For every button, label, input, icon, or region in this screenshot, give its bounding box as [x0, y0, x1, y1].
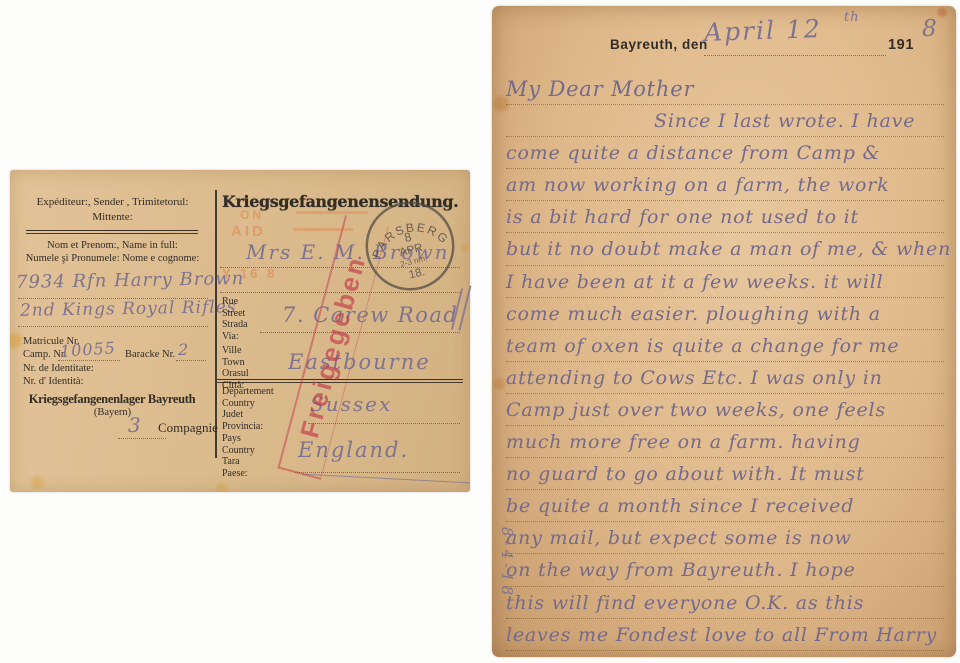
name-label-line2: Numele şi Pronumele: Nome e cognome:: [10, 253, 215, 264]
street-label-fr: Rue: [222, 296, 248, 308]
letter-line: Since I last wrote. I have: [506, 105, 944, 137]
sender-header-line1: Expéditeur:, Sender , Trimitetorul:: [10, 196, 215, 208]
company-label: Compagnie: [158, 420, 218, 436]
pow-postcard: Expéditeur:, Sender , Trimitetorul: Mitt…: [10, 170, 470, 492]
handwritten-camp-number: 10055: [59, 338, 116, 361]
handwritten-street: 7. Carew Road: [282, 303, 458, 327]
street-label-en: Street: [222, 308, 248, 320]
unit-dotted-line: [18, 326, 208, 327]
pencil-underline: [302, 474, 470, 484]
town-label-fr: Ville: [222, 345, 249, 357]
letter-line: no guard to go about with. It must: [506, 458, 944, 490]
letter-line: on the way from Bayreuth. I hope: [506, 554, 944, 586]
letter-line: leaves me Fondest love to all From Harry: [506, 619, 944, 651]
camp-region: (Bayern): [10, 407, 215, 418]
letter-line: be quite a month since I received: [506, 490, 944, 522]
identity-label-line2: Nr. d' Identità:: [23, 376, 84, 387]
handwritten-date: April 12: [704, 14, 823, 47]
letter-line: this will find everyone O.K. as this: [506, 587, 944, 619]
country-label-en: Country: [222, 445, 255, 457]
letter-line: much more free on a farm. having: [506, 426, 944, 458]
county-label-en: Country: [222, 398, 274, 410]
baracke-label: Baracke Nr.: [125, 349, 175, 360]
camp-name: Kriegsgefangenenlager Bayreuth: [12, 392, 212, 407]
paid-mark-fragment-date: Y 16 8: [222, 266, 277, 281]
letter-body: My Dear Mother Since I last wrote. I hav…: [506, 73, 944, 651]
paid-mark-fragment-aid: AID: [231, 223, 266, 240]
county-label-fr: Département: [222, 386, 274, 398]
name-label-line1: Nom et Prenom:, Name in full:: [10, 240, 215, 251]
country-label-it: Paese:: [222, 468, 255, 480]
letter-year-printed: 191: [888, 37, 914, 53]
date-dotted-line: [704, 55, 886, 56]
county-label-ro: Judet: [222, 409, 274, 421]
county-label-stack: Département Country Judet Provincia:: [222, 386, 274, 432]
letter-line: is a bit hard for one not used to it: [506, 201, 944, 233]
letter-line: team of oxen is quite a change for me: [506, 330, 944, 362]
identity-label-line1: Nr. de Identitate:: [23, 363, 94, 374]
handwritten-baracke-number: 2: [178, 340, 189, 359]
sender-header-line2: Mittente:: [10, 211, 215, 223]
country-label-fr: Pays: [222, 433, 255, 445]
street-label-ro: Strada: [222, 319, 248, 331]
country-label-stack: Pays Country Tara Paese:: [222, 433, 255, 479]
town-label-en: Town: [222, 357, 249, 369]
baracke-dotted-line: [176, 360, 206, 361]
handwritten-sender-unit: 2nd Kings Royal Rifles: [20, 297, 237, 321]
letter-line: come quite a distance from Camp &: [506, 137, 944, 169]
company-dotted-line: [118, 438, 166, 439]
camp-number-dotted-line: [58, 360, 120, 361]
sender-divider-rule: [26, 230, 198, 234]
column-divider: [215, 190, 217, 458]
street-label-stack: Rue Street Strada Via:: [222, 296, 248, 342]
letter-place-label: Bayreuth, den: [610, 37, 708, 52]
letter-line: I have been at it a few weeks. it will: [506, 266, 944, 298]
paid-mark-fragment-on: ON: [240, 208, 264, 222]
postmark-year: 18.: [408, 266, 426, 282]
town-label-stack: Ville Town Orasul Città:: [222, 345, 249, 391]
letter-line: but it no doubt make a man of me, & when: [506, 233, 944, 265]
letter-line: attending to Cows Etc. I was only in: [506, 362, 944, 394]
country-label-ro: Tara: [222, 456, 255, 468]
pow-letter: Bayreuth, den 191 April 12 th 8 My Dear …: [492, 6, 956, 657]
handwritten-company-number: 3: [128, 413, 142, 437]
letter-line: My Dear Mother: [506, 73, 944, 105]
letter-line: any mail, but expect some is now: [506, 522, 944, 554]
county-label-it: Provincia:: [222, 421, 274, 433]
letter-line: come much easier. ploughing with a: [506, 298, 944, 330]
letter-line: Camp just over two weeks, one feels: [506, 394, 944, 426]
handwritten-year-digit: 8: [922, 16, 938, 42]
street-label-it: Via:: [222, 331, 248, 343]
handwritten-date-suffix: th: [844, 10, 860, 25]
margin-date-note: 8-4-18: [498, 501, 516, 625]
letter-line: am now working on a farm, the work: [506, 169, 944, 201]
handwritten-sender-name: 7934 Rfn Harry Brown: [16, 268, 245, 293]
